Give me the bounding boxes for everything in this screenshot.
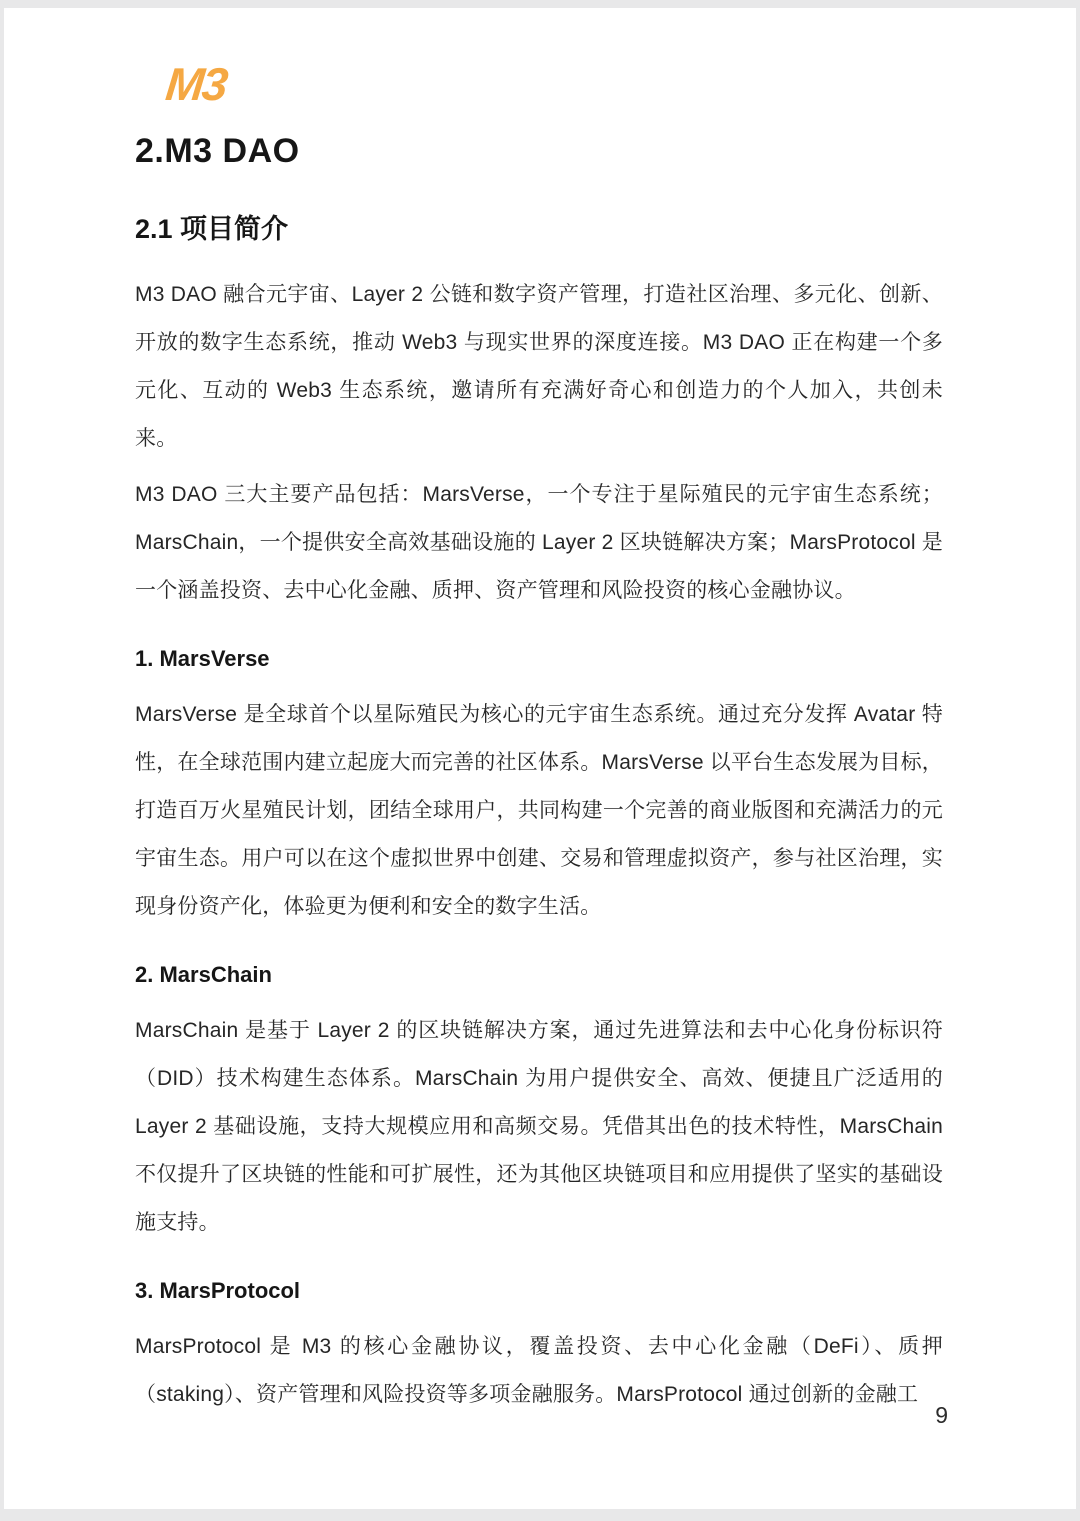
subsection-heading-marschain: 2. MarsChain [135, 961, 943, 989]
intro-paragraph-2: M3 DAO 三大主要产品包括：MarsVerse，一个专注于星际殖民的元宇宙生… [135, 471, 943, 615]
subsection-body-marsprotocol: MarsProtocol 是 M3 的核心金融协议，覆盖投资、去中心化金融（De… [135, 1323, 943, 1419]
page-content: M3 2.M3 DAO 2.1 项目简介 M3 DAO 融合元宇宙、Layer … [4, 8, 1076, 1419]
subsection-heading-marsprotocol: 3. MarsProtocol [135, 1277, 943, 1305]
subsection-body-marsverse: MarsVerse 是全球首个以星际殖民为核心的元宇宙生态系统。通过充分发挥 A… [135, 691, 943, 931]
subsection-heading-marsverse: 1. MarsVerse [135, 645, 943, 673]
section-title: 2.1 项目简介 [135, 212, 943, 246]
whitepaper-page: M3 2.M3 DAO 2.1 项目简介 M3 DAO 融合元宇宙、Layer … [4, 8, 1076, 1509]
intro-paragraph-1: M3 DAO 融合元宇宙、Layer 2 公链和数字资产管理，打造社区治理、多元… [135, 271, 943, 463]
document-viewport: M3 2.M3 DAO 2.1 项目简介 M3 DAO 融合元宇宙、Layer … [0, 0, 1080, 1521]
chapter-title: 2.M3 DAO [135, 131, 943, 171]
m3-logo: M3 [163, 60, 228, 108]
page-number: 9 [935, 1402, 948, 1429]
subsection-body-marschain: MarsChain 是基于 Layer 2 的区块链解决方案，通过先进算法和去中… [135, 1007, 943, 1247]
